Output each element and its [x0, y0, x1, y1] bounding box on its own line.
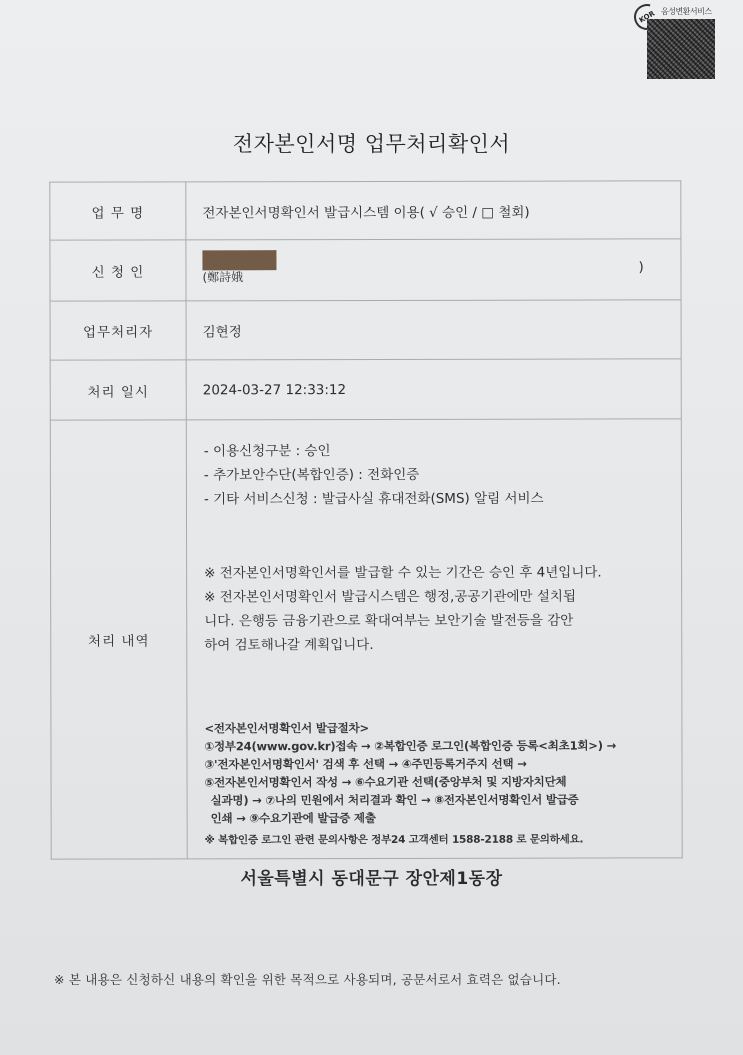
redacted-name-block: [202, 250, 276, 270]
detail-item: - 기타 서비스신청 : 발급사실 휴대전화(SMS) 알림 서비스: [204, 486, 680, 511]
procedure-footnote: ※ 복합인증 로그인 관련 문의사항은 정부24 고객센터 1588-2188 …: [205, 830, 681, 849]
note-line: 니다. 은행등 금융기관으로 확대여부는 보안기술 발전등을 감안: [204, 608, 680, 633]
procedure-line: ①정부24(www.gov.kr)접속 → ②복합인증 로그인(복합인증 등록<…: [204, 736, 680, 755]
procedure-line: ③'전자본인서명확인서' 검색 후 선택 → ④주민등록거주지 선택 →: [204, 754, 680, 773]
procedure-title: <전자본인서명확인서 발급절차>: [204, 718, 680, 737]
detail-notes: ※ 전자본인서명확인서를 발급할 수 있는 기간은 승인 후 4년입니다. ※ …: [204, 560, 680, 657]
detail-item: - 이용신청구분 : 승인: [204, 438, 680, 463]
label-date: 처리 일시: [50, 360, 186, 420]
note-line: 하여 검토해나갈 계획입니다.: [204, 632, 680, 657]
procedure-block: <전자본인서명확인서 발급절차> ①정부24(www.gov.kr)접속 → ②…: [204, 718, 680, 849]
confirmation-table: 업 무 명 전자본인서명확인서 발급시스템 이용( √ 승인 / □ 철회) 신…: [49, 180, 682, 859]
row-handler: 업무처리자 김현정: [50, 300, 681, 360]
row-date: 처리 일시 2024-03-27 12:33:12: [50, 359, 681, 420]
value-applicant: (鄭詩娥 ): [186, 239, 681, 301]
label-task-name: 업 무 명: [50, 182, 186, 240]
issuer-signature: 서울특별시 동대문구 장안제1동장: [0, 864, 743, 889]
applicant-close-paren: ): [638, 259, 643, 275]
detail-item: - 추가보안수단(복합인증) : 전화인증: [204, 462, 680, 487]
label-handler: 업무처리자: [50, 301, 186, 360]
procedure-line: 실과명) → ⑦나의 민원에서 처리결과 확인 → ⑧전자본인서명확인서 발급증: [205, 790, 681, 809]
procedure-line: 인쇄 → ⑨수요기관에 발급증 제출: [205, 808, 681, 827]
disclaimer-text: ※ 본 내용은 신청하신 내용의 확인을 위한 목적으로 사용되며, 공문서로서…: [54, 970, 561, 988]
row-details: 처리 내역 - 이용신청구분 : 승인 - 추가보안수단(복합인증) : 전화인…: [50, 419, 682, 859]
row-applicant: 신 청 인 (鄭詩娥 ): [50, 239, 681, 301]
label-details: 처리 내역: [50, 420, 187, 859]
procedure-line: ⑤전자본인서명확인서 작성 → ⑥수요기관 선택(중앙부처 및 지방자치단체: [205, 772, 681, 791]
value-handler: 김현정: [186, 300, 681, 360]
qr-label: 음성변환서비스: [661, 6, 712, 17]
value-task-name: 전자본인서명확인서 발급시스템 이용( √ 승인 / □ 철회): [186, 181, 681, 240]
document-title: 전자본인서명 업무처리확인서: [0, 128, 743, 158]
note-line: ※ 전자본인서명확인서를 발급할 수 있는 기간은 승인 후 4년입니다.: [204, 560, 680, 585]
row-task-name: 업 무 명 전자본인서명확인서 발급시스템 이용( √ 승인 / □ 철회): [50, 181, 681, 240]
qr-code-icon: [647, 19, 715, 79]
value-details: - 이용신청구분 : 승인 - 추가보안수단(복합인증) : 전화인증 - 기타…: [186, 419, 682, 859]
value-date: 2024-03-27 12:33:12: [186, 359, 681, 420]
note-line: ※ 전자본인서명확인서 발급시스템은 행정,공공기관에만 설치됩: [204, 584, 680, 609]
label-applicant: 신 청 인: [50, 240, 186, 301]
